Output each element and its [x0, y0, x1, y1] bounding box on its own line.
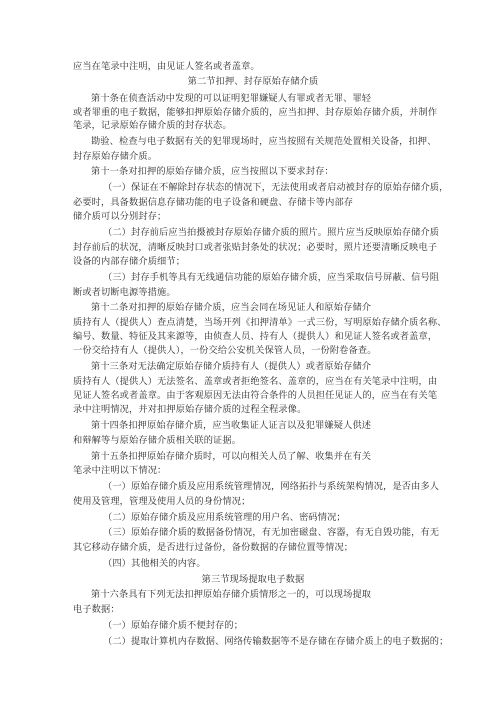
body-text-line: 断或者切断电源等措施。: [73, 287, 176, 299]
body-text-line: 质持有人（提供人）查点清楚，当场开列《扣押清单》一式三份，写明原始存储介质名称、: [73, 317, 447, 329]
body-text-line: 其它移动存储介质，是否进行过备份，备份数据的存储位置等情况；: [73, 542, 353, 554]
list-item-line: （二）提取计算机内存数据、网络传输数据等不是存储在存储介质上的电子数据的；: [103, 636, 449, 648]
article-11-line: 第十一条对扣押的原始存储介质，应当按照以下要求封存：: [91, 166, 334, 178]
article-13-line: 第十三条对无法确定原始存储介质持有人（提供人）或者原始存储介: [91, 361, 371, 373]
list-item-line: （一）原始存储介质及应用系统管理情况，网络拓扑与系统架构情况，是否由多人: [103, 481, 439, 493]
body-text-line: 编号、数量、特征及其来源等，由侦查人员、持有人（提供人）和见证人签名或者盖章，: [73, 331, 437, 343]
body-text-line: 笔录，记录原始存储介质的封存状态。: [73, 120, 232, 132]
body-text-line: 一份交给持有人（提供人），一份交给公安机关保管人员，一份附卷备查。: [73, 345, 377, 357]
article-10-line: 第十条在侦查活动中发现的可以证明犯罪嫌疑人有罪或者无罪、罪轻: [91, 93, 371, 105]
body-text-line: 见证人签名或者盖章。由于客观原因无法由符合条件的人员担任见证人的，应当在有关笔: [73, 390, 437, 402]
body-text-line: 封存原始存储介质。: [73, 151, 157, 163]
body-text-line: 和辩解等与原始存储介质相关联的证据。: [73, 435, 241, 447]
article-12-line: 第十二条对扣押的原始存储介质，应当会同在场见证人和原始存储介: [91, 302, 371, 314]
list-item-line: （三）原始存储介质的数据备份情况，有无加密磁盘、容器，有无自毁功能，有无: [103, 527, 439, 539]
section-heading: 第三节现场提取电子数据: [73, 574, 433, 586]
article-14-line: 第十四条扣押原始存储介质，应当收集证人证言以及犯罪嫌疑人供述: [91, 420, 371, 432]
body-text-line: 应当在笔录中注明，由见证人签名或者盖章。: [73, 61, 260, 73]
body-text-line: 封存前后的状况，清晰反映封口或者张贴封条处的状况；必要时，照片还要清晰反映电子: [73, 242, 437, 254]
section-heading: 第二节扣押、封存原始存储介质: [73, 76, 433, 88]
list-item-line: （一）原始存储介质不便封存的；: [103, 620, 243, 632]
list-item-line: （四）其他相关的内容。: [103, 558, 206, 570]
body-text-line: 或者罪重的电子数据，能够扣押原始存储介质的，应当扣押、封存原始存储介质，并制作: [73, 107, 437, 119]
body-text-line: 笔录中注明以下情况：: [73, 465, 166, 477]
body-text-line: 必要时，具备数据信息存储功能的电子设备和硬盘、存储卡等内部存: [73, 197, 353, 209]
body-text-line: 储介质可以分别封存；: [73, 211, 166, 223]
body-text-line: 设备的内部存储介质细节；: [73, 256, 185, 268]
body-text-line: 电子数据：: [73, 604, 120, 616]
list-item-line: （一）保证在不解除封存状态的情况下，无法使用或者启动被封存的原始存储介质，: [103, 182, 449, 194]
article-16-line: 第十六条具有下列无法扣押原始存储介质情形之一的，可以现场提取: [91, 589, 371, 601]
body-text-line: 质持有人（提供人）无法签名、盖章或者拒绝签名、盖章的，应当在有关笔录中注明，由: [73, 376, 437, 388]
list-item-line: （二）原始存储介质及应用系统管理的用户名、密码情况；: [103, 512, 346, 524]
body-text-line: 勘验、检查与电子数据有关的犯罪现场时，应当按照有关规范处置相关设备，扣押、: [91, 136, 437, 148]
article-15-line: 第十五条扣押原始存储介质时，可以向相关人员了解、收集并在有关: [91, 451, 371, 463]
body-text-line: 录中注明情况，并对扣押原始存储介质的过程全程录像。: [73, 404, 306, 416]
list-item-line: （三）封存手机等具有无线通信功能的原始存储介质，应当采取信号屏蔽、信号阻: [103, 272, 439, 284]
list-item-line: （二）封存前后应当拍摄被封存原始存储介质的照片。照片应当反映原始存储介质: [103, 227, 439, 239]
body-text-line: 使用及管理，管理及使用人员的身份情况；: [73, 496, 250, 508]
